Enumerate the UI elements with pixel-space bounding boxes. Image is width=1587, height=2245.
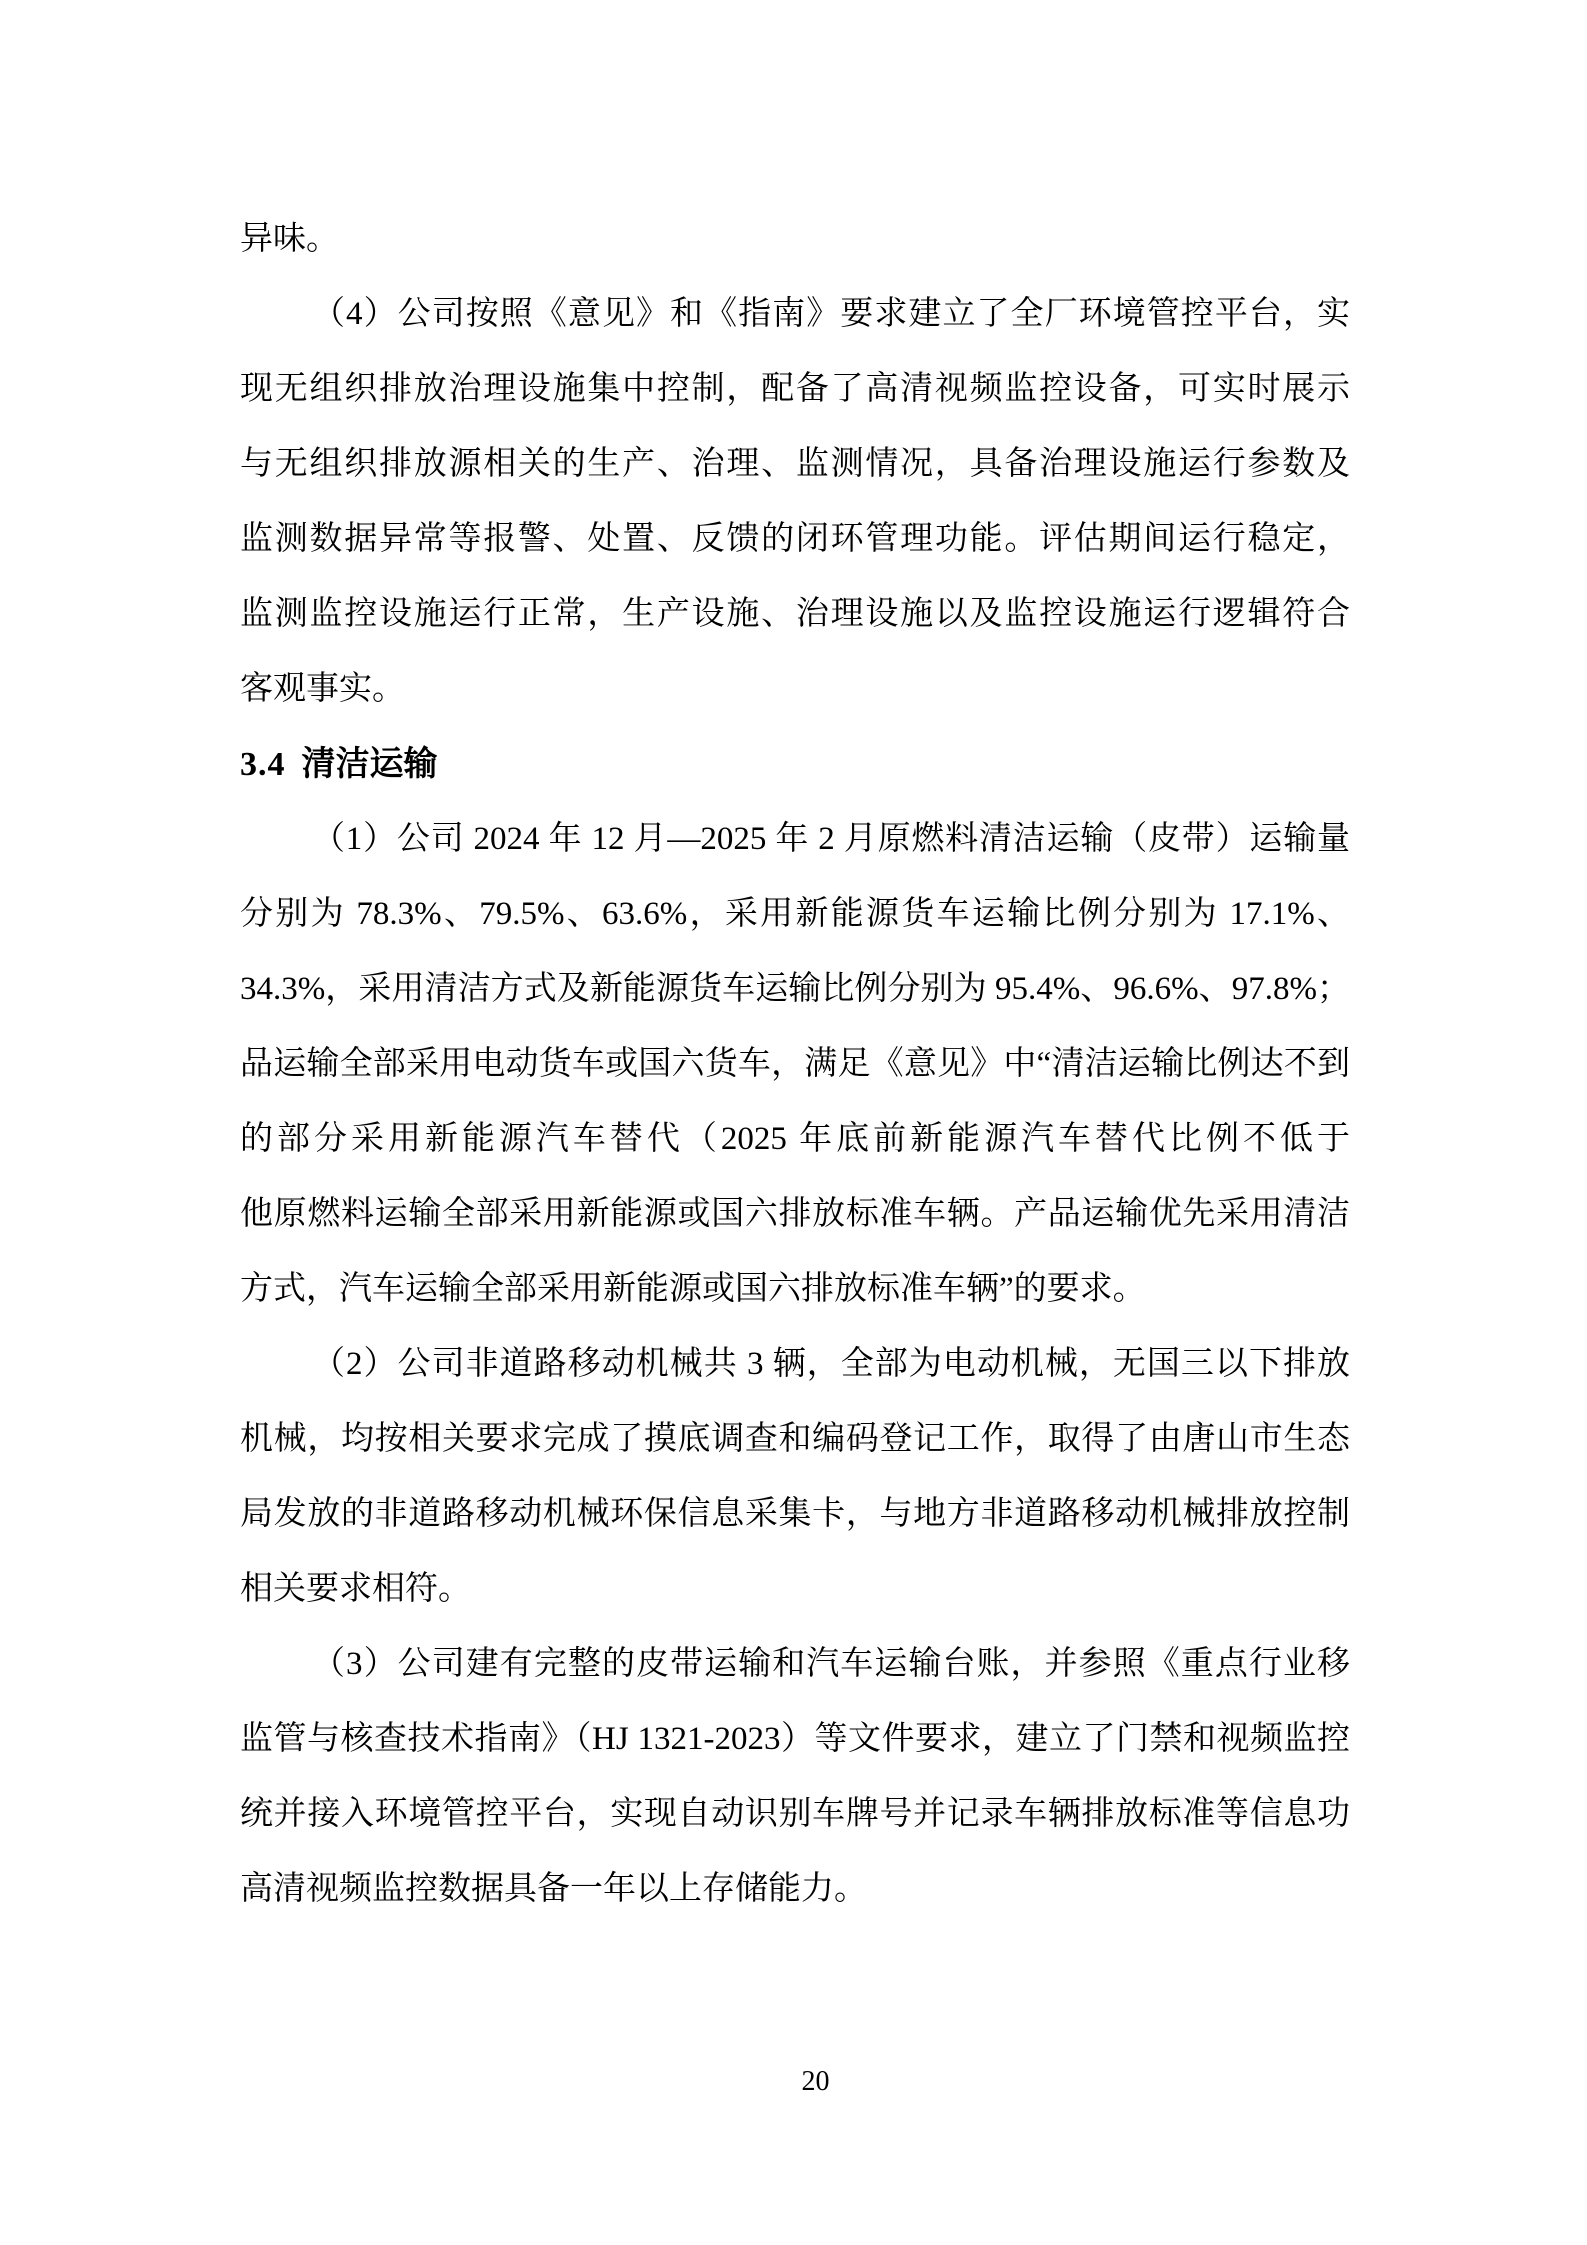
paragraph-cont-line: 异味。 (240, 202, 1350, 277)
paragraph-3-line: 高清视频监控数据具备一年以上存储能力。 (240, 1852, 1350, 1927)
paragraph-4-line: 客观事实。 (240, 652, 1350, 727)
page-number: 20 (802, 2066, 830, 2097)
section-number: 3.4 (240, 746, 286, 783)
paragraph-3-line: 监管与核查技术指南》（HJ 1321-2023）等文件要求，建立了门禁和视频监控… (240, 1702, 1350, 1777)
paragraph-2-line: （2）公司非道路移动机械共 3 辆，全部为电动机械，无国三以下排放标准 (240, 1327, 1350, 1402)
paragraph-1-line: 方式，汽车运输全部采用新能源或国六排放标准车辆”的要求。 (240, 1252, 1350, 1327)
section-heading: 3.4清洁运输 (240, 727, 1350, 802)
paragraph-2-line: 相关要求相符。 (240, 1552, 1350, 1627)
paragraph-4-line: 现无组织排放治理设施集中控制，配备了高清视频监控设备，可实时展示 (240, 352, 1350, 427)
paragraph-1-line: 分别为 78.3%、79.5%、63.6%，采用新能源货车运输比例分别为 17.… (240, 877, 1350, 952)
paragraph-4-line: 监测数据异常等报警、处置、反馈的闭环管理功能。评估期间运行稳定， (240, 502, 1350, 577)
paragraph-4-line: 与无组织排放源相关的生产、治理、监测情况，具备治理设施运行参数及 (240, 427, 1350, 502)
paragraph-2-line: 局发放的非道路移动机械环保信息采集卡，与地方非道路移动机械排放控制区等 (240, 1477, 1350, 1552)
paragraph-4-line: （4）公司按照《意见》和《指南》要求建立了全厂环境管控平台，实 (240, 277, 1350, 352)
paragraph-1-line: 他原燃料运输全部采用新能源或国六排放标准车辆。产品运输优先采用清洁运输 (240, 1177, 1350, 1252)
document-page: 异味。 （4）公司按照《意见》和《指南》要求建立了全厂环境管控平台，实 现无组织… (0, 0, 1587, 2245)
section-title: 清洁运输 (302, 746, 438, 783)
paragraph-1-line: 34.3%，采用清洁方式及新能源货车运输比例分别为 95.4%、96.6%、97… (240, 952, 1350, 1027)
paragraph-1-line: 品运输全部采用电动货车或国六货车，满足《意见》中“清洁运输比例达不到 80% (240, 1027, 1350, 1102)
paragraph-3-line: 统并接入环境管控平台，实现自动识别车牌号并记录车辆排放标准等信息功能。 (240, 1777, 1350, 1852)
paragraph-3-line: （3）公司建有完整的皮带运输和汽车运输台账，并参照《重点行业移动源 (240, 1627, 1350, 1702)
paragraph-4-line: 监测监控设施运行正常，生产设施、治理设施以及监控设施运行逻辑符合 (240, 577, 1350, 652)
paragraph-2-line: 机械，均按相关要求完成了摸底调查和编码登记工作，取得了由唐山市生态环境 (240, 1402, 1350, 1477)
paragraph-1-line: （1）公司 2024 年 12 月—2025 年 2 月原燃料清洁运输（皮带）运… (240, 802, 1350, 877)
document-body: 异味。 （4）公司按照《意见》和《指南》要求建立了全厂环境管控平台，实 现无组织… (240, 202, 1350, 1927)
page-footer: 20 (0, 2062, 1587, 2102)
paragraph-1-line: 的部分采用新能源汽车替代（2025 年底前新能源汽车替代比例不低于 60%），其 (240, 1102, 1350, 1177)
